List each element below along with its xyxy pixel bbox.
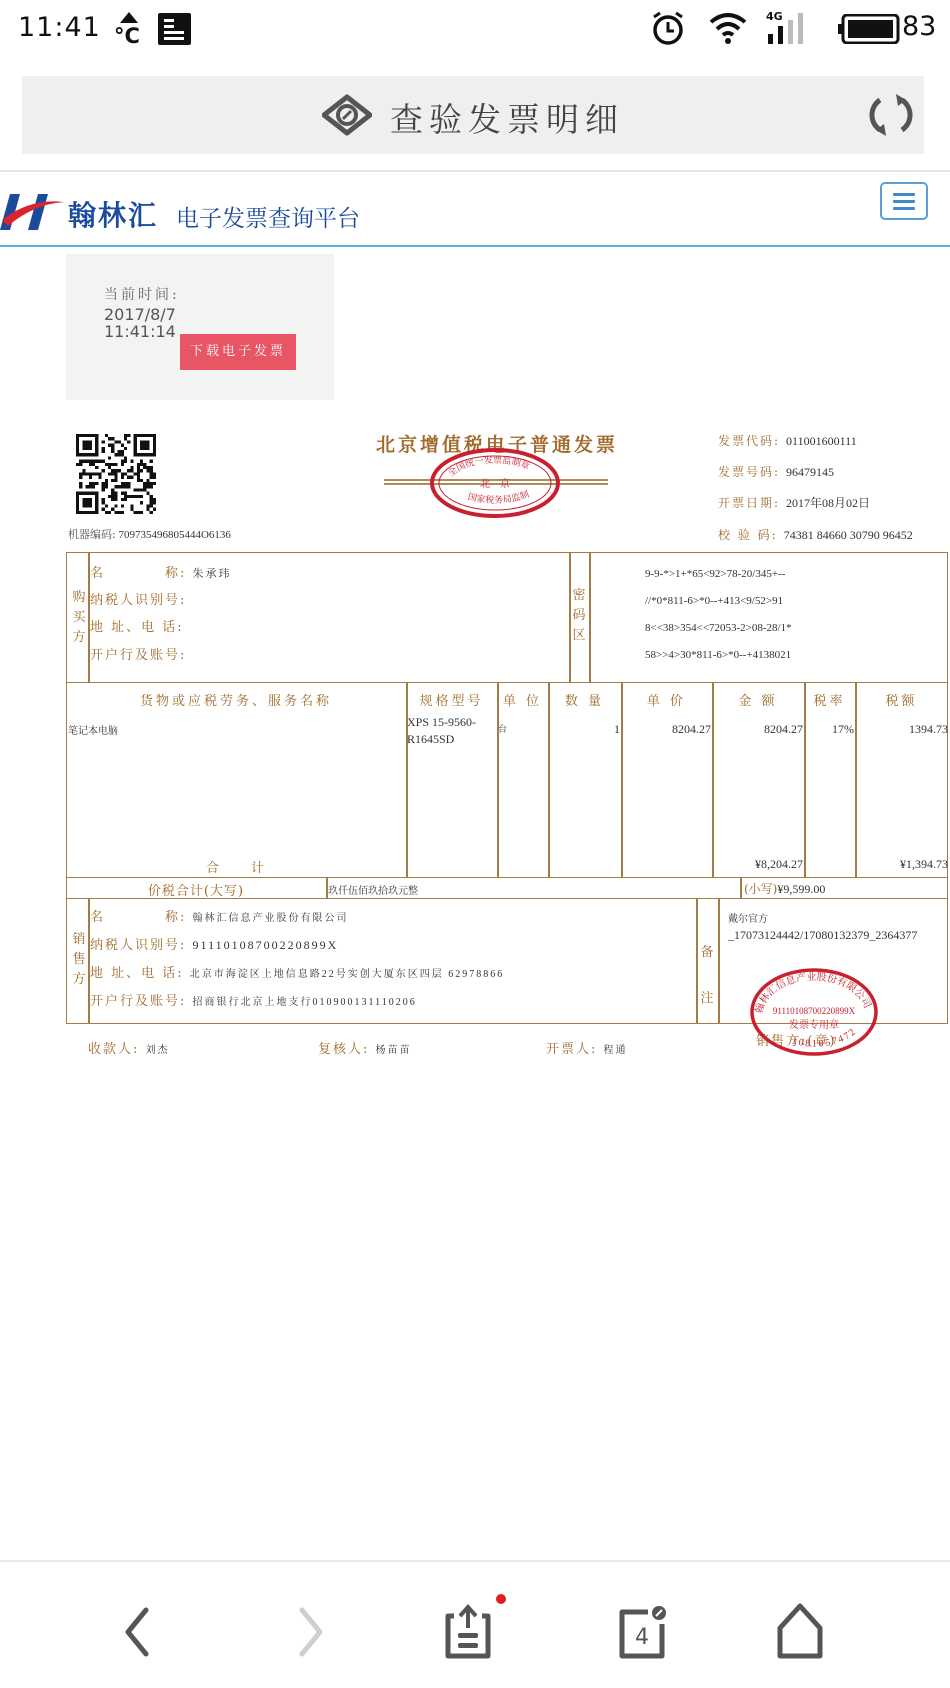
cipher-line: //*0*811-6>*0--+413<9/52>91 — [645, 595, 783, 607]
total-tax: ¥1,394.73 — [855, 857, 948, 872]
issuer: 开票人: 程通 — [546, 1038, 628, 1057]
item-name: 笔记本电脑 — [68, 722, 118, 737]
grand-total-lower: (小写)¥9,599.00 — [744, 880, 825, 897]
cipher-line: 58>>4>30*811-6>*0--+4138021 — [645, 649, 791, 661]
svg-text:北 京: 北 京 — [480, 477, 510, 490]
grand-total-upper-value: 玖仟伍佰玖拾玖元整 — [328, 882, 418, 897]
current-time-label: 当前时间: — [104, 284, 180, 304]
home-icon[interactable] — [770, 1602, 830, 1662]
col-header-spec: 规格型号 — [406, 690, 497, 709]
col-header-tax: 税额 — [855, 690, 948, 709]
item-price: 8204.27 — [621, 722, 711, 737]
brand-subtitle: 电子发票查询平台 — [176, 200, 360, 233]
cipher-area-label: 密码区 — [571, 586, 587, 646]
download-invoice-button[interactable]: 下载电子发票 — [180, 334, 296, 370]
remarks-line2: _17073124442/17080132379_2364377 — [728, 928, 917, 943]
buyer-name-field: 名 称: 朱承玮 — [90, 562, 232, 581]
notification-badge — [496, 1594, 506, 1604]
seller-tax-id-field: 纳税人识别号: 91110108700220899X — [90, 934, 338, 953]
cipher-line: 8<<38>354<<72053-2>08-28/1* — [645, 622, 792, 634]
invoice-date: 开票日期:2017年08月02日 — [718, 494, 870, 511]
svg-text:发票专用章: 发票专用章 — [789, 1018, 839, 1031]
buyer-address-field: 地 址、电 话: — [90, 616, 184, 635]
svg-text:4G: 4G — [766, 10, 783, 23]
col-header-unit: 单 位 — [497, 690, 548, 709]
svg-text:国家税务局监制: 国家税务局监制 — [467, 488, 531, 506]
col-header-name: 货物或应税劳务、服务名称 — [66, 690, 406, 709]
machine-code: 机器编码: 709735496805444O6136 — [68, 526, 231, 542]
battery-level: 83 — [902, 11, 936, 42]
svg-text:4: 4 — [635, 1625, 649, 1650]
total-label: 合 计 — [66, 857, 406, 876]
item-tax: 1394.73 — [855, 722, 948, 737]
buyer-bank-field: 开户行及账号: — [90, 644, 186, 663]
invoice: 机器编码: 709735496805444O6136 北京增值税电子普通发票 全… — [0, 0, 950, 1100]
cipher-line: 9-9-*>1+*65<92>78-20/345+-- — [645, 568, 785, 580]
title-bar: 查验发票明细 — [22, 76, 924, 154]
item-tax-rate: 17% — [804, 722, 854, 737]
col-header-amount: 金 额 — [712, 690, 804, 709]
item-amount: 8204.27 — [712, 722, 803, 737]
qr-code — [76, 434, 156, 514]
alarm-icon — [650, 10, 686, 46]
grand-total-upper-label: 价税合计(大写) — [66, 880, 326, 899]
current-time-panel: 当前时间: 2017/8/7 11:41:14 下载电子发票 — [66, 254, 334, 400]
check-code: 校 验 码:74381 84660 30790 96452 — [718, 526, 913, 543]
browser-bottom-nav: 4 — [0, 1562, 950, 1688]
share-upload-icon[interactable] — [438, 1602, 498, 1662]
remarks-label: 备注 — [699, 930, 715, 1022]
site-header: 翰林汇 电子发票查询平台 — [0, 172, 950, 246]
battery-icon — [838, 14, 900, 44]
signal-4g-icon: 4G — [766, 10, 814, 46]
eye-icon[interactable] — [322, 94, 372, 136]
tabs-icon[interactable]: 4 — [612, 1602, 672, 1662]
seller-address-field: 地 址、电 话: 北京市海淀区上地信息路22号实创大厦东区四层 62978866 — [90, 962, 504, 981]
seller-name-field: 名 称: 翰林汇信息产业股份有限公司 — [90, 906, 349, 925]
chevron-right-icon[interactable] — [280, 1602, 340, 1662]
weather-icon: °C — [112, 12, 144, 48]
hamburger-menu-icon[interactable] — [880, 182, 928, 220]
total-amount: ¥8,204.27 — [712, 857, 803, 872]
seller-label: 销售方 — [71, 930, 87, 990]
item-spec: XPS 15-9560-R1645SD — [407, 714, 476, 748]
remarks-line1: 戴尔官方 — [728, 910, 768, 925]
refresh-icon[interactable] — [868, 92, 914, 138]
invoice-code: 发票代码:011001600111 — [718, 432, 857, 449]
status-bar: 11:41 °C 4G 83 — [0, 0, 950, 58]
brand-name: 翰林汇 — [68, 194, 158, 234]
news-icon — [158, 13, 191, 45]
buyer-label: 购买方 — [71, 588, 87, 648]
item-qty: 1 — [548, 722, 620, 737]
reviewer: 复核人: 杨苗苗 — [318, 1038, 412, 1057]
page-title: 查验发票明细 — [390, 94, 624, 141]
items-table — [66, 682, 948, 878]
seller-invoice-stamp: 翰林汇信息产业股份有限公司 91110108700220899X 发票专用章 1… — [748, 966, 880, 1058]
col-header-price: 单 价 — [621, 690, 712, 709]
item-unit: 台 — [498, 722, 507, 735]
header-underline — [0, 245, 950, 247]
col-header-qty: 数 量 — [548, 690, 621, 709]
brand-logo-icon — [0, 192, 64, 232]
col-header-tax-rate: 税率 — [804, 690, 855, 709]
wifi-icon — [708, 10, 748, 46]
seller-bank-field: 开户行及账号: 招商银行北京上地支行010900131110206 — [90, 990, 417, 1009]
chevron-left-icon[interactable] — [108, 1602, 168, 1662]
buyer-tax-id-field: 纳税人识别号: — [90, 589, 186, 608]
current-datetime: 2017/8/7 11:41:14 — [104, 306, 176, 340]
status-time: 11:41 — [18, 12, 101, 43]
payee: 收款人: 刘杰 — [88, 1038, 170, 1057]
tax-bureau-stamp: 全国统一发票监制章 北 京 国家税务局监制 — [428, 446, 562, 520]
invoice-number: 发票号码:96479145 — [718, 463, 834, 480]
svg-text:91110108700220899X: 91110108700220899X — [773, 1006, 856, 1016]
